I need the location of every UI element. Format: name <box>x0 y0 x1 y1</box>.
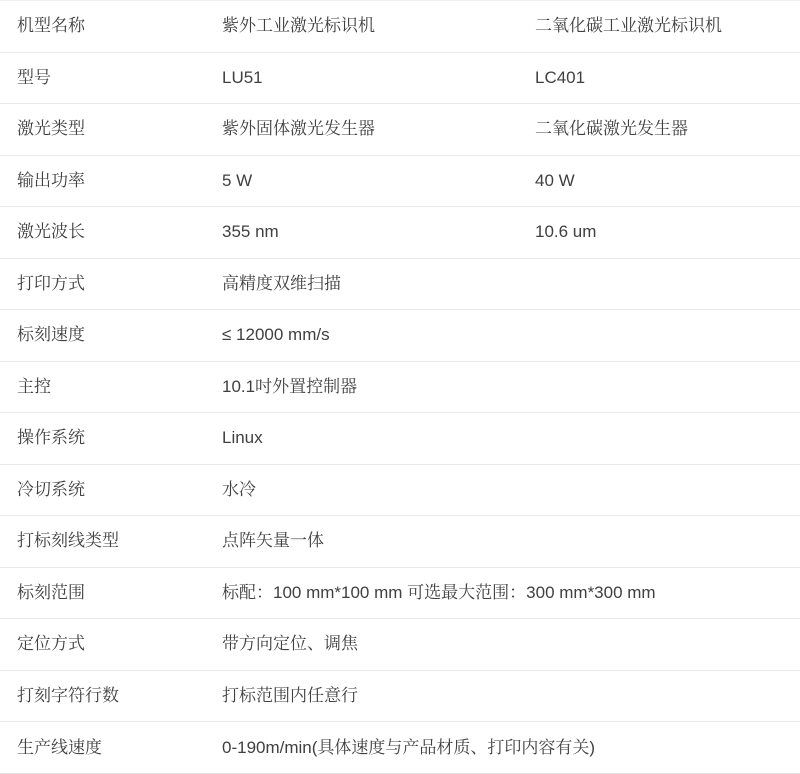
spec-row: 打标刻线类型 点阵矢量一体 <box>0 516 800 568</box>
spec-label: 定位方式 <box>17 634 222 654</box>
spec-label: 输出功率 <box>17 171 222 191</box>
spec-label: 激光类型 <box>17 119 222 139</box>
spec-row: 操作系统 Linux <box>0 413 800 465</box>
spec-label: 型号 <box>17 68 222 88</box>
spec-value-2: LC401 <box>535 68 800 88</box>
spec-row: 打刻字符行数 打标范围内任意行 <box>0 671 800 723</box>
spec-value-2: 40 W <box>535 171 800 191</box>
spec-label: 生产线速度 <box>17 738 222 758</box>
spec-label: 打印方式 <box>17 274 222 294</box>
spec-page: 机型名称 紫外工业激光标识机 二氧化碳工业激光标识机 型号 LU51 LC401… <box>0 0 800 774</box>
spec-row: 机型名称 紫外工业激光标识机 二氧化碳工业激光标识机 <box>0 1 800 53</box>
spec-row: 激光类型 紫外固体激光发生器 二氧化碳激光发生器 <box>0 104 800 156</box>
spec-value-1: 高精度双维扫描 <box>222 274 800 294</box>
spec-value-1: Linux <box>222 428 800 448</box>
spec-label: 机型名称 <box>17 16 222 36</box>
spec-value-1: 5 W <box>222 171 535 191</box>
spec-value-1: 标配：100 mm*100 mm 可选最大范围：300 mm*300 mm <box>222 583 800 603</box>
spec-label: 标刻范围 <box>17 583 222 603</box>
spec-value-2: 10.6 um <box>535 222 800 242</box>
spec-value-1: 紫外工业激光标识机 <box>222 16 535 36</box>
spec-row: 冷切系统 水冷 <box>0 465 800 517</box>
spec-row: 主控 10.1吋外置控制器 <box>0 362 800 414</box>
spec-row: 激光波长 355 nm 10.6 um <box>0 207 800 259</box>
spec-row: 输出功率 5 W 40 W <box>0 156 800 208</box>
spec-value-1: ≤ 12000 mm/s <box>222 325 800 345</box>
spec-row: 标刻速度 ≤ 12000 mm/s <box>0 310 800 362</box>
spec-value-1: 0-190m/min(具体速度与产品材质、打印内容有关) <box>222 738 800 758</box>
spec-row: 定位方式 带方向定位、调焦 <box>0 619 800 671</box>
spec-label: 冷切系统 <box>17 480 222 500</box>
spec-row: 型号 LU51 LC401 <box>0 53 800 105</box>
spec-value-1: 10.1吋外置控制器 <box>222 377 800 397</box>
spec-table: 机型名称 紫外工业激光标识机 二氧化碳工业激光标识机 型号 LU51 LC401… <box>0 0 800 774</box>
spec-value-1: 紫外固体激光发生器 <box>222 119 535 139</box>
spec-value-1: 带方向定位、调焦 <box>222 634 800 654</box>
spec-label: 激光波长 <box>17 222 222 242</box>
spec-value-2: 二氧化碳工业激光标识机 <box>535 16 800 36</box>
spec-value-1: 355 nm <box>222 222 535 242</box>
spec-value-1: 点阵矢量一体 <box>222 531 800 551</box>
spec-label: 标刻速度 <box>17 325 222 345</box>
spec-label: 主控 <box>17 377 222 397</box>
spec-row: 打印方式 高精度双维扫描 <box>0 259 800 311</box>
spec-value-1: 水冷 <box>222 480 800 500</box>
spec-label: 打标刻线类型 <box>17 531 222 551</box>
spec-row: 生产线速度 0-190m/min(具体速度与产品材质、打印内容有关) <box>0 722 800 774</box>
spec-label: 打刻字符行数 <box>17 686 222 706</box>
spec-value-1: LU51 <box>222 68 535 88</box>
spec-row: 标刻范围 标配：100 mm*100 mm 可选最大范围：300 mm*300 … <box>0 568 800 620</box>
spec-value-2: 二氧化碳激光发生器 <box>535 119 800 139</box>
spec-label: 操作系统 <box>17 428 222 448</box>
spec-value-1: 打标范围内任意行 <box>222 686 800 706</box>
